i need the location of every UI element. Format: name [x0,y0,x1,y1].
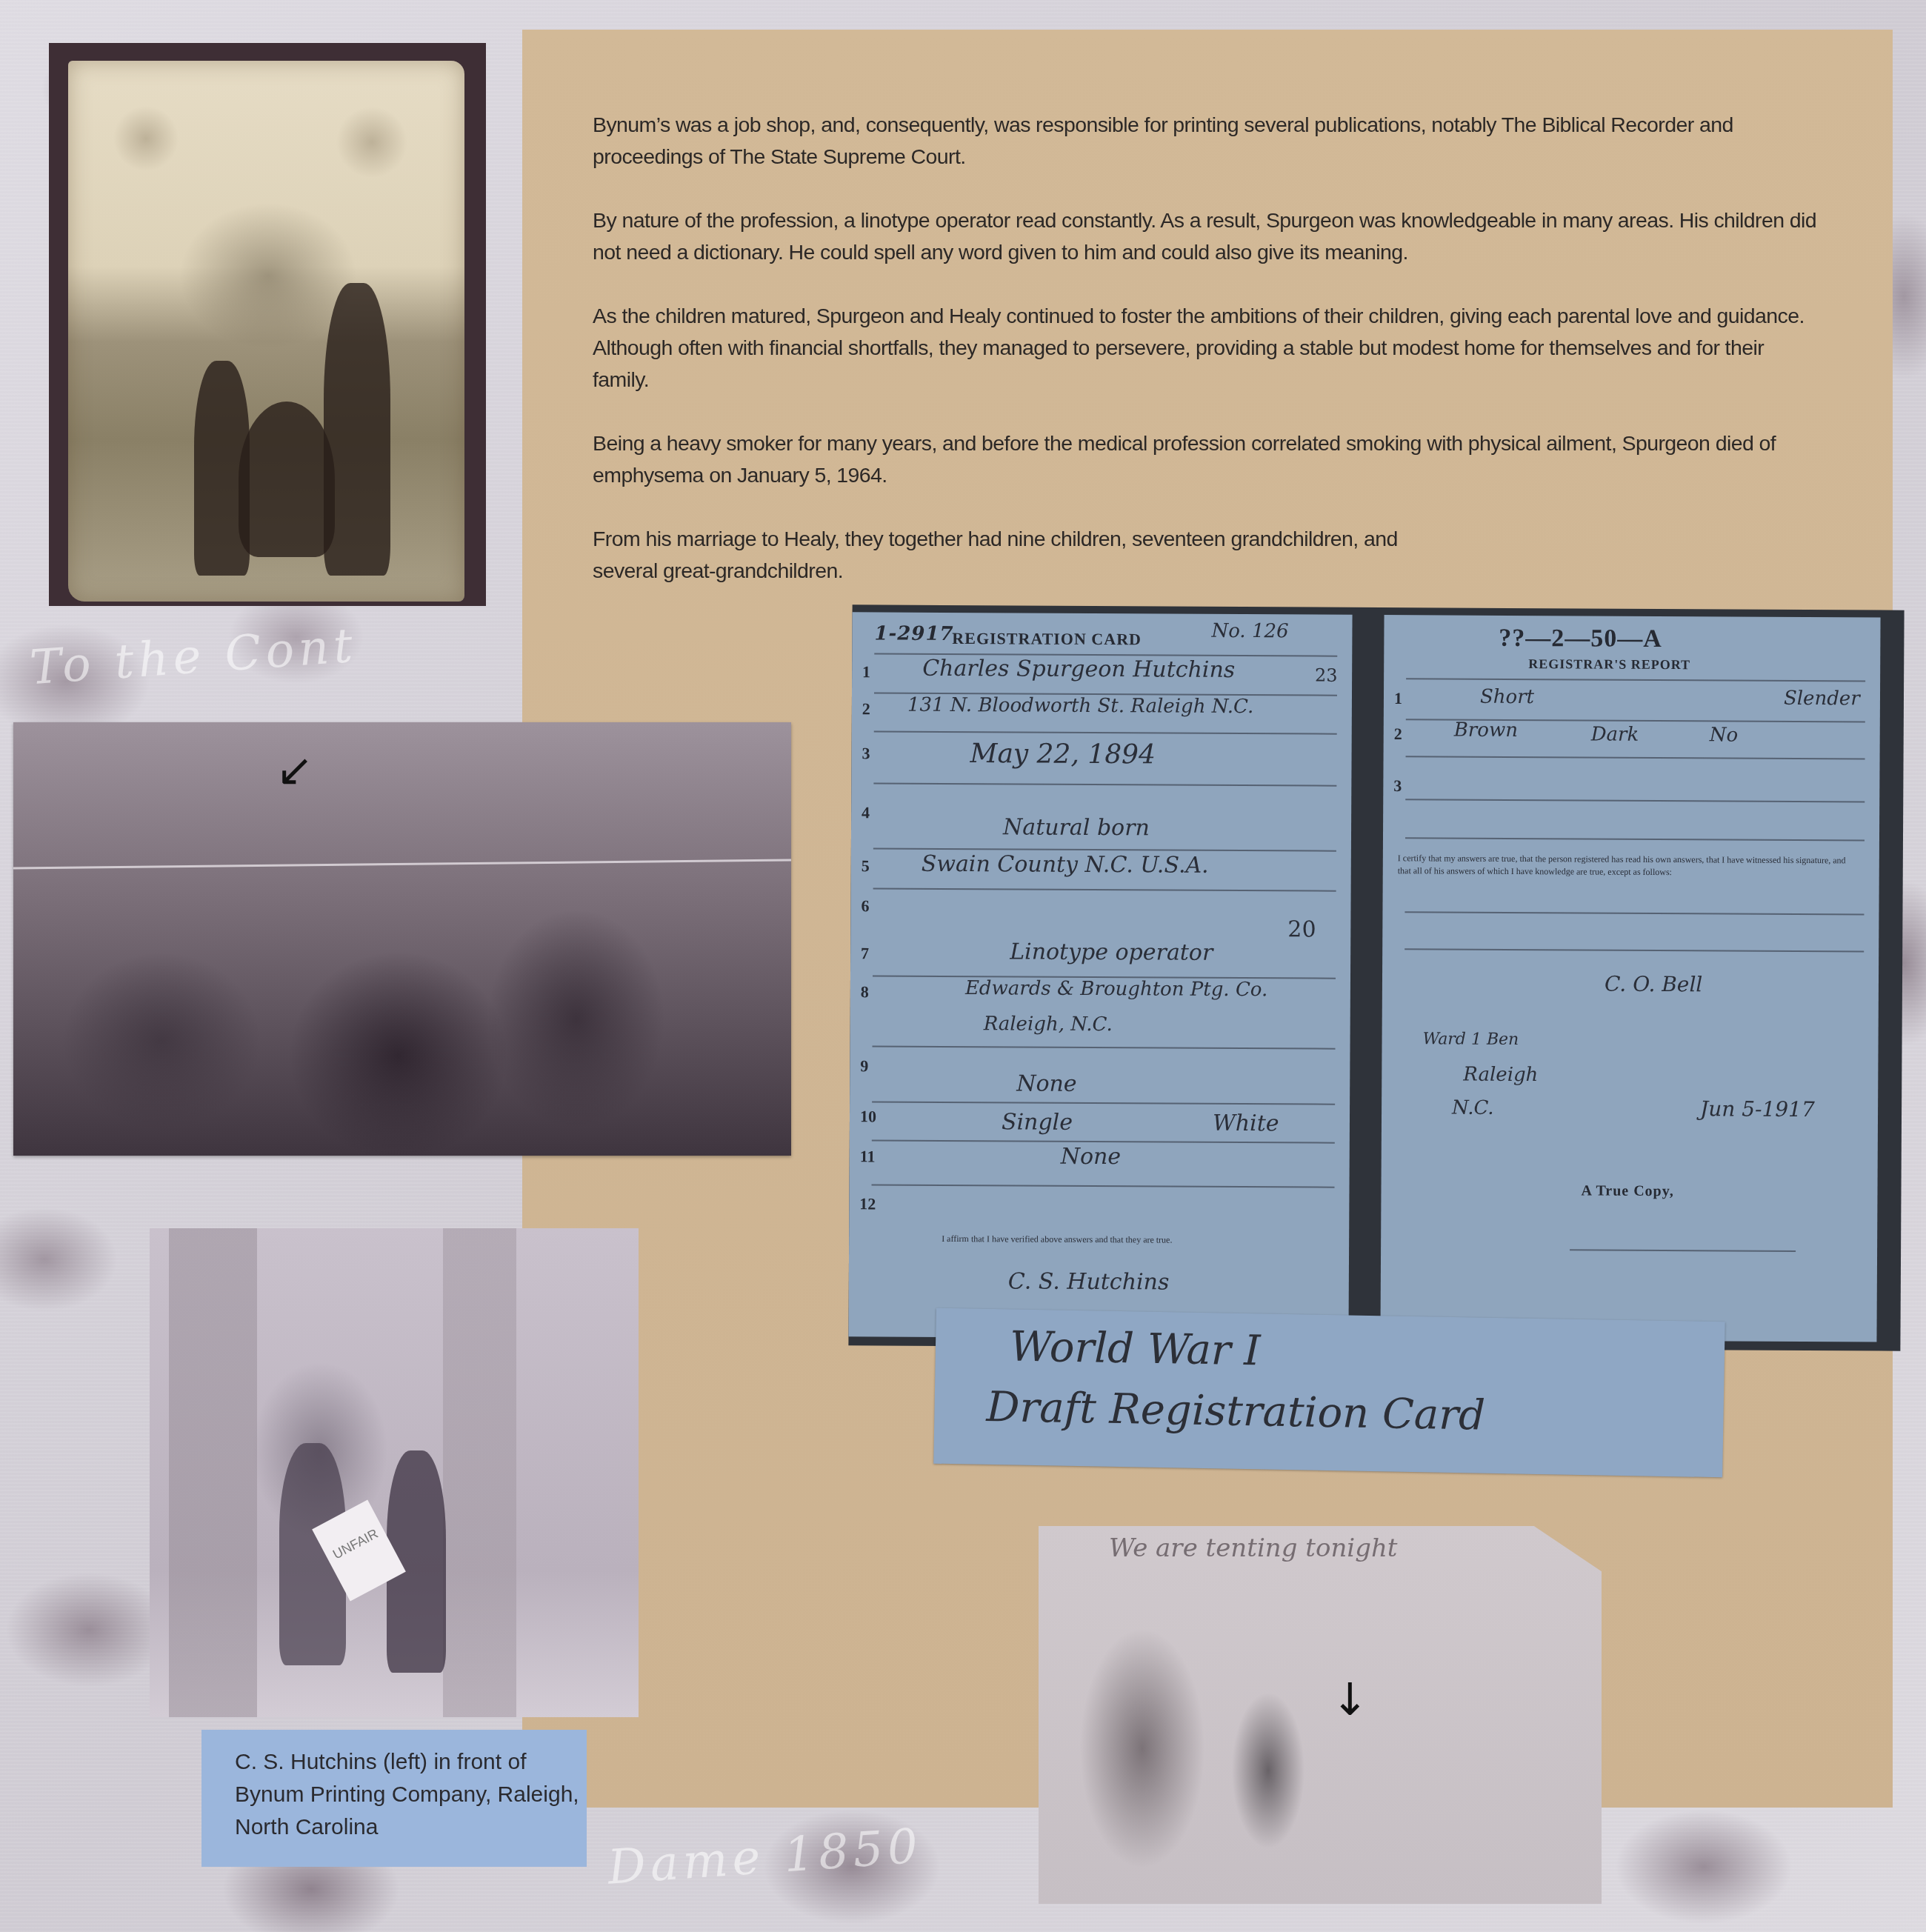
photo-group-in-automobile: ↙ [13,722,791,1156]
story-paragraph: Being a heavy smoker for many years, and… [593,428,1822,492]
figure-man [324,283,390,576]
registrant-signature: C. S. Hutchins [1008,1268,1170,1295]
row-number: 1 [862,662,870,682]
row-number: 1 [1394,689,1402,708]
field-eye-color: Brown [1454,719,1518,742]
field-bald: No [1710,724,1739,746]
rule [873,887,1336,891]
story-paragraph: Bynum’s was a job shop, and, consequentl… [593,110,1822,173]
row-number: 4 [862,803,870,822]
arrow-down-icon: ↓ [1331,1674,1368,1726]
field-row-6: 20 [1287,916,1316,942]
serial-value: 1-2917 [874,622,953,645]
rule [872,1139,1335,1143]
row-number: 9 [860,1056,868,1076]
row-number: 10 [860,1107,876,1126]
figure-cow [239,402,335,557]
row-number: 3 [862,744,870,763]
photo-bynum-printing-building: UNFAIR [150,1228,639,1717]
field-precinct: Ward 1 Ben [1423,1030,1519,1049]
draft-card-label: World War I Draft Registration Card [933,1308,1725,1478]
rule [872,1101,1335,1105]
registrar-signature: C. O. Bell [1605,972,1703,997]
field-state: N.C. [1452,1097,1494,1119]
row-number: 6 [861,896,869,916]
row-number: 5 [862,856,870,876]
arrow-down-icon: ↙ [276,745,313,796]
field-height: Short [1480,686,1534,708]
row-number: 12 [859,1194,876,1213]
true-copy-stamp: A True Copy, [1581,1182,1673,1200]
label-line-1: World War I [1009,1322,1261,1375]
rule [872,1184,1335,1187]
embossed-script: To the Cont [28,619,359,696]
card-code: ??—2—50—A [1499,624,1662,653]
card-registrar-side: ??—2—50—A REGISTRAR'S REPORT 1 Short Sle… [1380,615,1880,1342]
story-paragraph: From his marriage to Healy, they togethe… [593,524,1444,587]
certification-text: I certify that my answers are true, that… [1398,852,1857,879]
story-text: Bynum’s was a job shop, and, consequentl… [593,110,1822,619]
field-marital-status: Single [1002,1109,1073,1136]
rule [874,730,1337,734]
embossed-script: Dame 1850 [606,1819,924,1895]
rule [1405,837,1865,841]
affirmation-text: I affirm that I have verified above answ… [942,1233,1172,1246]
draft-registration-card: 1-2917 REGISTRATION CARD No. 126 1 Charl… [848,604,1904,1350]
field-address: 131 N. Bloodworth St. Raleigh N.C. [907,694,1254,718]
field-name: Charles Spurgeon Hutchins [922,656,1235,683]
field-military-service: None [1061,1144,1122,1170]
field-dependents: None [1016,1070,1077,1096]
caption-building: C. S. Hutchins (left) in front of Bynum … [201,1730,587,1867]
label-line-2: Draft Registration Card [986,1383,1485,1440]
field-citizenship: Natural born [1003,814,1150,841]
row-number: 7 [861,944,869,963]
field-hair-color: Dark [1591,724,1639,746]
field-birthplace: Swain County N.C. U.S.A. [922,851,1209,879]
rule [1570,1249,1796,1252]
row-number: 8 [861,982,869,1002]
card-serial: 1-2917 [874,622,953,645]
card-title: REGISTRATION CARD [952,629,1142,649]
row-number: 2 [1394,724,1402,744]
row-number: 11 [860,1147,876,1166]
rule [1406,678,1865,682]
photo-couple-with-cow [68,61,464,602]
field-birth-date: May 22, 1894 [970,739,1156,770]
handwritten-note: We are tenting tonight [1109,1533,1397,1563]
field-employer: Edwards & Broughton Ptg. Co. [965,977,1268,1001]
rule [873,782,1336,786]
rule [1406,756,1865,759]
field-age: 23 [1315,665,1338,686]
field-race: White [1213,1110,1279,1136]
row-number: 2 [862,699,870,719]
rule [1404,911,1864,915]
field-city-or-county: Raleigh [1463,1064,1538,1087]
registrar-report-title: REGISTRAR'S REPORT [1528,656,1690,673]
field-build: Slender [1784,687,1860,710]
rule [873,1045,1336,1049]
card-registration-side: 1-2917 REGISTRATION CARD No. 126 1 Charl… [848,612,1352,1339]
photo-crease [13,859,791,870]
story-paragraph: As the children matured, Spurgeon and He… [593,301,1822,396]
card-number: No. 126 [1211,620,1288,643]
photo-tent: We are tenting tonight ↓ [1039,1526,1602,1904]
row-number: 3 [1393,776,1402,796]
field-employed-where: Raleigh, N.C. [984,1013,1113,1036]
rule [1404,948,1864,952]
rule [1405,799,1865,802]
story-paragraph: By nature of the profession, a linotype … [593,205,1822,269]
field-registration-date: Jun 5-1917 [1700,1096,1815,1122]
field-occupation: Linotype operator [1010,939,1213,965]
